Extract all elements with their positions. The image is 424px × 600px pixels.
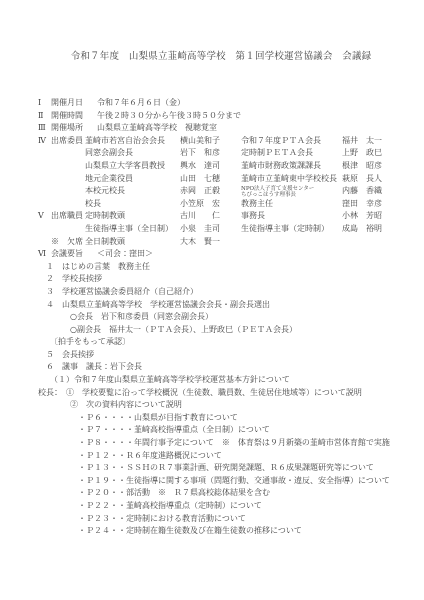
agenda-line: ６ 議事 議長：岩下会長 — [38, 361, 414, 374]
attendee-name-right: 根津 昭彦 — [342, 160, 414, 173]
roster-row: Ⅳ 出席委員 韮崎市若宮自治会会長 横山美和子 令和７年度ＰＴＡ会長 福井 太一 — [38, 135, 414, 148]
agenda-line: ４ 山梨県立韮崎高等学校 学校運営協議会会長・副会長選出 — [38, 299, 414, 312]
roster-section-label: ※ 欠席 — [51, 236, 85, 249]
attendee-role-left: 生徒指導主事（全日制） — [85, 223, 180, 236]
agenda-body: １ はじめの言葉 教務主任 ２ 学校長挨拶 ３ 学校運営協議会委員紹介（自己紹介… — [38, 261, 414, 538]
agenda-header: Ⅵ 会議要旨 ＜司会：窪田＞ — [38, 248, 414, 261]
agenda-line: 校長： ① 学校要覧に沿って学校概況（生徒数、職員数、生徒居住地域等）について説… — [38, 387, 414, 400]
meta-row: Ⅰ 開催月日 令和７年６月６日（金） — [38, 97, 414, 110]
attendee-role-right: 生徒指導主事（定時制） — [241, 223, 342, 236]
attendee-name-left: 山田 七穂 — [180, 173, 241, 186]
agenda-line: ・Ｐ１３・・ＳＳＨのＲ７事業計画、研究開発課題、Ｒ６成果課題研究等について — [38, 462, 414, 475]
meta-label: 開催場所 — [51, 122, 97, 135]
agenda-line: ・Ｐ２２・・韮崎高校指導重点（定時制）について — [38, 500, 414, 513]
agenda-line: （１）令和７年度山梨県立韮崎高等学校学校運営基本方針について — [38, 374, 414, 387]
agenda-line: ○会長 岩下和彦委員（同窓会副会長） — [38, 311, 414, 324]
agenda-line: １ はじめの言葉 教務主任 — [38, 261, 414, 274]
roster-row: 校長 小笠原 宏 教務主任 窪田 幸彦 — [38, 198, 414, 211]
meta-label: 開催時間 — [51, 110, 97, 123]
roster-row: ※ 欠席 全日制教頭 大木 賢一 — [38, 236, 414, 249]
attendee-role-right: 韮崎市立韮崎東中学校校長 — [241, 173, 342, 186]
roster-section-label: 出席委員 — [51, 135, 85, 148]
meta-row: Ⅱ 開催時間 午後２時３０分から午後３時５０分まで — [38, 110, 414, 123]
agenda-line: ・Ｐ１２・・Ｒ６年度進路概況について — [38, 450, 414, 463]
attendee-name-left: 赤岡 正毅 — [180, 185, 241, 198]
attendee-role-right: 令和７年度ＰＴＡ会長 — [241, 135, 342, 148]
attendee-role-right: 教務主任 — [241, 198, 342, 211]
attendee-role-left: 同窓会副会長 — [85, 147, 180, 160]
agenda-line: ・Ｐ２４・・定時制在籍生徒数及び在籍生徒数の推移について — [38, 525, 414, 538]
agenda-line: ・Ｐ２３・・定時制における教育活動について — [38, 513, 414, 526]
agenda-label: 会議要旨 — [51, 248, 97, 261]
agenda-line: ② 次の資料内容について説明 — [38, 399, 414, 412]
agenda-line: 〔拍手をもって承認〕 — [38, 336, 414, 349]
document-page: 令和７年度 山梨県立韮崎高等学校 第１回学校運営協議会 会議録 Ⅰ 開催月日 令… — [0, 0, 424, 600]
attendee-role-right: NPO法人子育て支援センター ちびっこはうす理事長 — [241, 185, 342, 198]
meta-value: 令和７年６月６日（金） — [97, 97, 414, 110]
meta-value: 山梨県立韮崎高等学校 視聴覚室 — [97, 122, 414, 135]
attendee-name-left: 小笠原 宏 — [180, 198, 241, 211]
attendee-role-right: 韮崎市財務政策課課長 — [241, 160, 342, 173]
meta-numeral: Ⅰ — [38, 97, 51, 110]
attendee-name-left: 古川 仁 — [180, 210, 241, 223]
meta-value: 午後２時３０分から午後３時５０分まで — [97, 110, 414, 123]
attendee-name-left: 大木 賢一 — [180, 236, 241, 249]
attendee-role-left: 定時制教頭 — [85, 210, 180, 223]
roster-row: 地元企業役員 山田 七穂 韮崎市立韮崎東中学校校長 萩原 長人 — [38, 173, 414, 186]
meta-label: 開催月日 — [51, 97, 97, 110]
agenda-line: ・Ｐ１９・・生徒指導に関する事項（問題行動、交通事故・違反、安全指導）について — [38, 475, 414, 488]
meta-section: Ⅰ 開催月日 令和７年６月６日（金） Ⅱ 開催時間 午後２時３０分から午後３時５… — [38, 97, 414, 135]
roster-row: 本校元校長 赤岡 正毅 NPO法人子育て支援センター ちびっこはうす理事長 内藤… — [38, 185, 414, 198]
roster-numeral: Ⅴ — [38, 210, 51, 223]
attendee-name-right: 萩原 長人 — [342, 173, 414, 186]
roster-row: 同窓会副会長 岩下 和彦 定時制ＰＥＴＡ会長 上野 政巳 — [38, 147, 414, 160]
attendee-role-left: 山梨県立大学客員教授 — [85, 160, 180, 173]
attendee-roster: Ⅳ 出席委員 韮崎市若宮自治会会長 横山美和子 令和７年度ＰＴＡ会長 福井 太一… — [38, 135, 414, 248]
agenda-chair: ＜司会：窪田＞ — [97, 248, 414, 261]
meta-numeral: Ⅲ — [38, 122, 51, 135]
attendee-name-right: 小林 芳昭 — [342, 210, 414, 223]
attendee-name-left: 輿水 達司 — [180, 160, 241, 173]
attendee-name-right: 福井 太一 — [342, 135, 414, 148]
agenda-line: ・Ｐ８・・・・年間行事予定について ※ 体育祭は９月新築の韮崎市営体育館で実施 — [38, 437, 414, 450]
roster-row: Ⅴ 出席職員 定時制教頭 古川 仁 事務長 小林 芳昭 — [38, 210, 414, 223]
agenda-line: ○副会長 福井太一（ＰＴＡ会長）、上野政巳（ＰＥＴＡ会長） — [38, 324, 414, 337]
attendee-role-left: 校長 — [85, 198, 180, 211]
agenda-line: ・Ｐ２０・・部活動 ※ Ｒ７県高校総体結果を含む — [38, 487, 414, 500]
roster-section-label: 出席職員 — [51, 210, 85, 223]
roster-row: 山梨県立大学客員教授 輿水 達司 韮崎市財務政策課課長 根津 昭彦 — [38, 160, 414, 173]
agenda-line: ３ 学校運営協議会委員紹介（自己紹介） — [38, 286, 414, 299]
attendee-role-left: 韮崎市若宮自治会会長 — [85, 135, 180, 148]
attendee-name-left: 岩下 和彦 — [180, 147, 241, 160]
meta-numeral: Ⅱ — [38, 110, 51, 123]
roster-numeral: Ⅳ — [38, 135, 51, 148]
attendee-name-right: 内藤 香織 — [342, 185, 414, 198]
attendee-role-left: 地元企業役員 — [85, 173, 180, 186]
agenda-line: ２ 学校長挨拶 — [38, 273, 414, 286]
attendee-role-right: 定時制ＰＥＴＡ会長 — [241, 147, 342, 160]
attendee-name-left: 小泉 圭司 — [180, 223, 241, 236]
meta-row: Ⅲ 開催場所 山梨県立韮崎高等学校 視聴覚室 — [38, 122, 414, 135]
attendee-role-right: 事務長 — [241, 210, 342, 223]
attendee-name-right: 成島 裕明 — [342, 223, 414, 236]
attendee-name-right: 窪田 幸彦 — [342, 198, 414, 211]
roster-row: 生徒指導主事（全日制） 小泉 圭司 生徒指導主事（定時制） 成島 裕明 — [38, 223, 414, 236]
agenda-line: ５ 会長挨拶 — [38, 349, 414, 362]
agenda-line: ・Ｐ６・・・・山梨県が目指す教育について — [38, 412, 414, 425]
agenda-numeral: Ⅵ — [38, 248, 51, 261]
agenda-line: ・Ｐ７・・・・韮崎高校指導重点（全日制）について — [38, 424, 414, 437]
attendee-role-left: 全日制教頭 — [85, 236, 180, 249]
attendee-role-left: 本校元校長 — [85, 185, 180, 198]
attendee-name-right: 上野 政巳 — [342, 147, 414, 160]
attendee-name-left: 横山美和子 — [180, 135, 241, 148]
page-title: 令和７年度 山梨県立韮崎高等学校 第１回学校運営協議会 会議録 — [28, 50, 414, 63]
